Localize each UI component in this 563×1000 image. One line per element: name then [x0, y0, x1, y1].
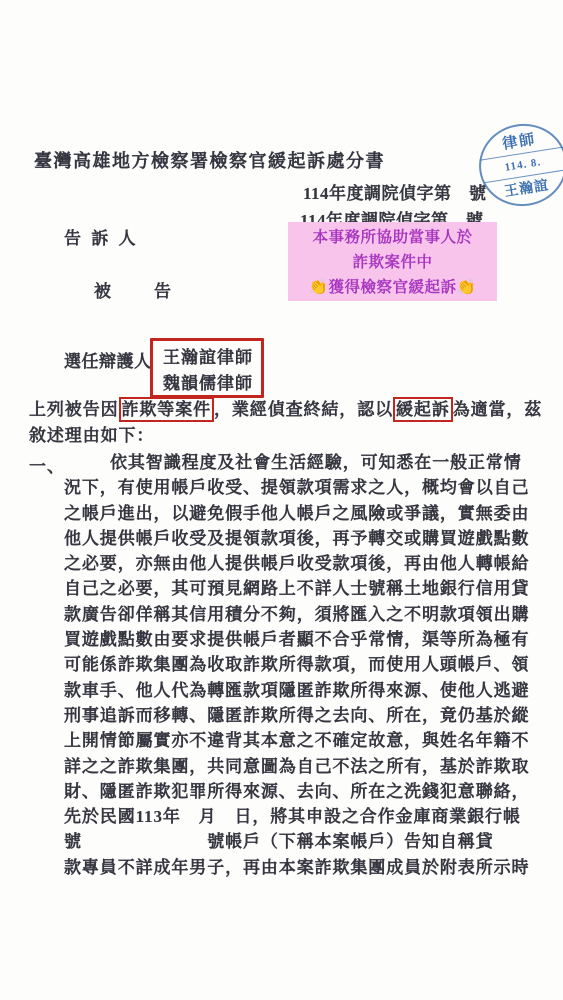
lawyer-seal-stamp: 律師 114. 8. 王瀚誼: [473, 118, 563, 213]
intro-seg-1: 上列被告因: [29, 400, 119, 419]
counsel-name-1: 王瀚誼律師: [163, 345, 253, 371]
intro-line: 上列被告因詐欺等案件，業經偵查終結，認以緩起訴為適當，茲: [29, 397, 549, 422]
body-line: 之必要，亦無由他人提供帳戶收受款項後，再由他人轉帳給: [64, 551, 542, 576]
body-line: 可能係詐欺集團為收取詐欺所得款項，而使用人頭帳戶、領: [64, 652, 542, 677]
body-line: 之帳戶進出，以避免假手他人帳戶之風險或爭議，實無委由: [64, 501, 542, 526]
defense-counsel-label: 選任辯護人: [64, 347, 152, 372]
intro-seg-2: ，業經偵查終結，認以: [214, 400, 393, 419]
body-line: 自己之必要，其可預見網路上不詳人士號稱土地銀行信用貸: [64, 576, 542, 601]
counsel-name-2: 魏韻儒律師: [163, 371, 253, 397]
section-marker: 一、: [29, 452, 65, 477]
body-line: 況下，有使用帳戶收受、提領款項需求之人，概均會以自己: [64, 475, 542, 500]
body-paragraph: 依其智識程度及社會生活經驗，可知悉在一般正常情 況下，有使用帳戶收受、提領款項需…: [64, 450, 542, 880]
deferred-prosecution-highlight-box: 緩起訴: [393, 397, 453, 422]
body-line: 上開情節屬實亦不違背其本意之不確定故意，與姓名年籍不: [64, 728, 542, 753]
document-title: 臺灣高雄地方檢察署檢察官緩起訴處分書: [34, 147, 385, 173]
body-line: 先於民國113年 月 日，將其申設之合作金庫商業銀行帳: [64, 804, 542, 829]
body-line: 財、隱匿詐欺犯罪所得來源、去向、所在之洗錢犯意聯絡，: [64, 779, 542, 804]
body-line: 款車手、他人代為轉匯款項隱匿詐欺所得來源、使他人逃避: [64, 678, 542, 703]
defense-counsel-names: 王瀚誼律師 魏韻儒律師: [163, 345, 253, 397]
body-line: 刑事追訴而移轉、隱匿詐欺所得之去向、所在，竟仍基於縱: [64, 703, 542, 728]
fraud-case-highlight-box: 詐欺等案件: [119, 397, 215, 422]
annotation-line-1: 本事務所協助當事人於: [288, 225, 497, 250]
intro-seg-3: 為適當，茲: [453, 400, 543, 419]
promo-annotation: 本事務所協助當事人於 詐欺案件中 👏獲得檢察官緩起訴👏: [288, 222, 497, 301]
annotation-line-3: 👏獲得檢察官緩起訴👏: [288, 275, 497, 300]
case-number-line-1: 114年度調院偵字第 號: [303, 179, 487, 204]
body-line: 買遊戲點數由要求提供帳戶者顯不合乎常情，渠等所為極有: [64, 627, 542, 652]
body-line: 款專員不詳成年男子，再由本案詐欺集團成員於附表所示時: [64, 855, 542, 880]
defendant-label: 被 告: [94, 277, 174, 302]
intro-line-2: 敘述理由如下：: [29, 423, 549, 448]
annotation-line-2: 詐欺案件中: [288, 250, 497, 275]
body-line: 依其智識程度及社會生活經驗，可知悉在一般正常情: [110, 450, 542, 475]
body-line: 號 號帳戶（下稱本案帳戶）告知自稱貸: [64, 829, 542, 854]
body-line: 詳之之詐欺集團，共同意圖為自己不法之所有，基於詐欺取: [64, 754, 542, 779]
body-line: 款廣告卻佯稱其信用積分不夠，須將匯入之不明款項領出購: [64, 602, 542, 627]
complainant-label: 告 訴 人: [64, 224, 139, 249]
body-line: 他人提供帳戶收受及提領款項後，再予轉交或購買遊戲點數: [64, 526, 542, 551]
document-page: 臺灣高雄地方檢察署檢察官緩起訴處分書 114年度調院偵字第 號 114年度調院偵…: [0, 0, 563, 1000]
